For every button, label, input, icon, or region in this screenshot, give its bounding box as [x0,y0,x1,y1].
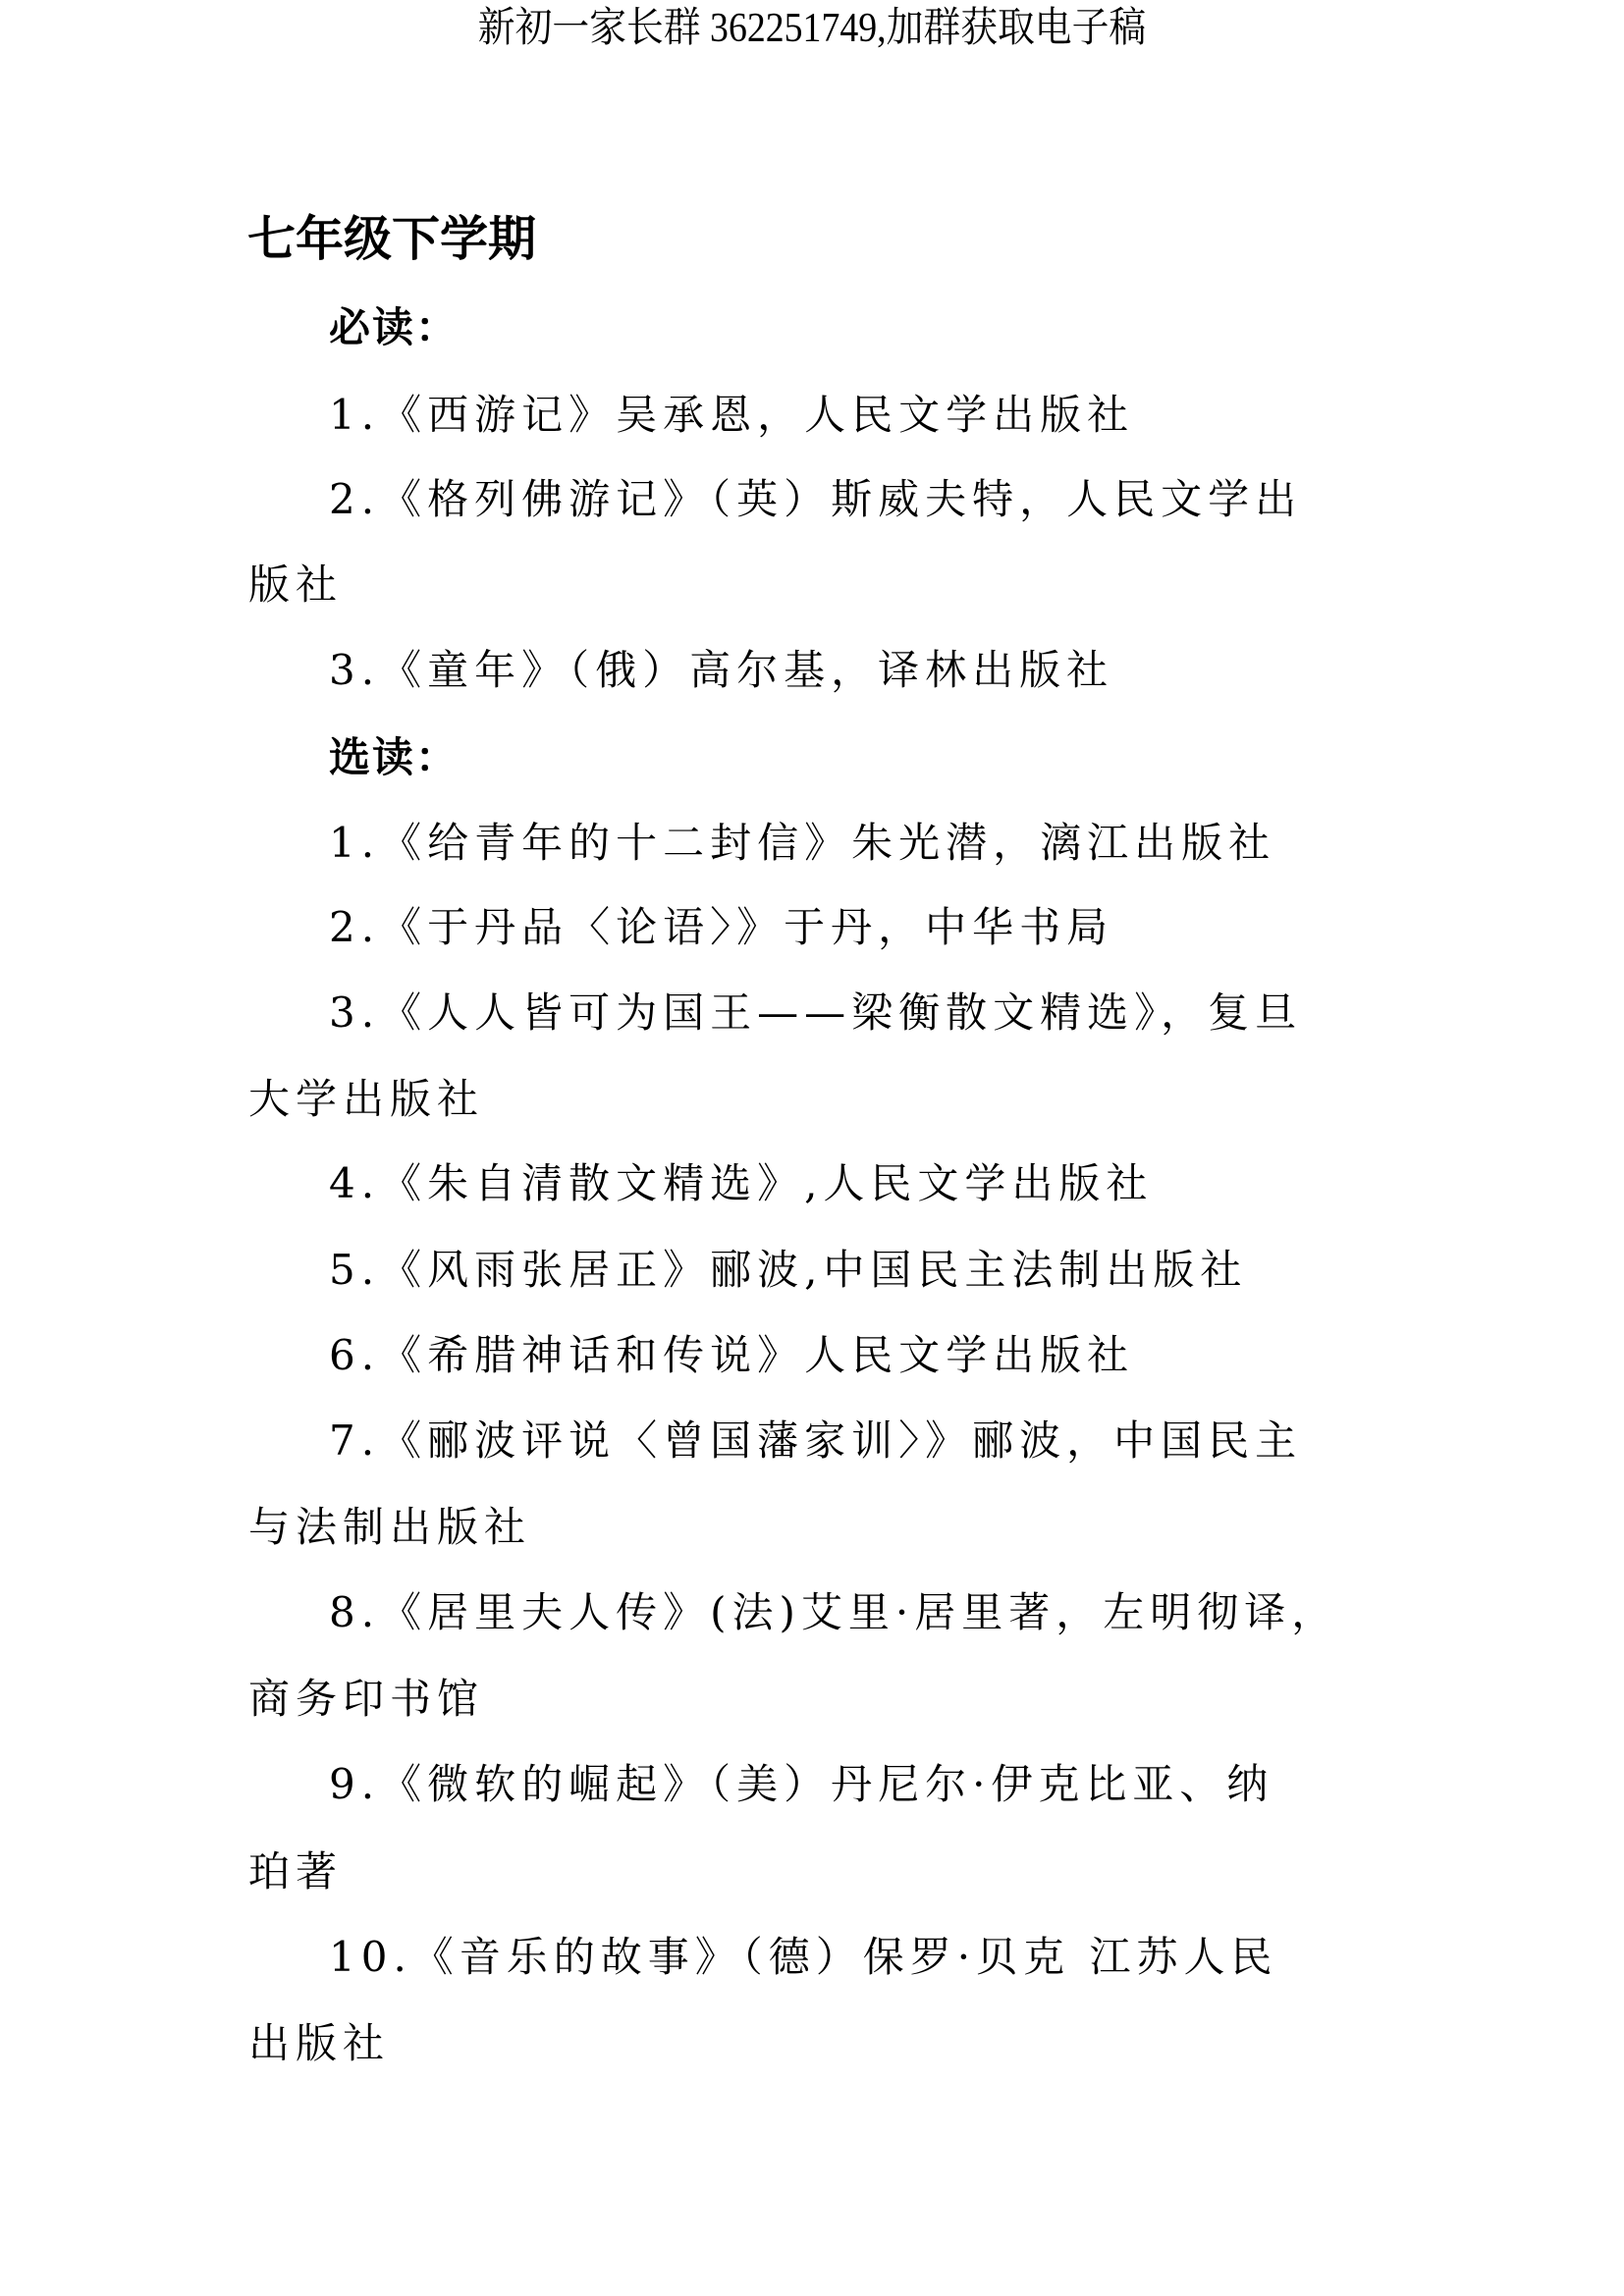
optional-reading-label: 选读： [329,728,459,787]
optional-item-8: 8.《居里夫人传》(法)艾里·居里著，左明彻译， [329,1583,1338,1642]
required-item-2: 2.《格列佛游记》（英）斯威夫特，人民文学出 [329,470,1302,529]
optional-item-10-continued: 出版社 [248,2014,390,2073]
optional-item-6: 6.《希腊神话和传说》人民文学出版社 [329,1326,1134,1385]
optional-item-7: 7.《郦波评说〈曾国藩家训〉》郦波，中国民主 [329,1412,1302,1470]
optional-item-4: 4.《朱自清散文精选》,人民文学出版社 [329,1154,1153,1213]
optional-item-7-continued: 与法制出版社 [248,1498,531,1557]
page-title: 七年级下学期 [247,210,536,269]
required-item-1: 1.《西游记》吴承恩，人民文学出版社 [329,386,1134,445]
optional-item-1: 1.《给青年的十二封信》朱光潜，漓江出版社 [329,814,1275,873]
optional-item-5: 5.《风雨张居正》郦波,中国民主法制出版社 [329,1241,1247,1300]
required-item-2-continued: 版社 [248,556,343,614]
optional-item-9-continued: 珀著 [248,1842,343,1901]
optional-item-3-continued: 大学出版社 [248,1070,484,1129]
optional-item-2: 2.《于丹品〈论语〉》于丹，中华书局 [329,898,1113,957]
header-text: 新初一家长群 362251749,加群获取电子稿 [478,4,1146,53]
optional-item-9: 9.《微软的崛起》（美）丹尼尔·伊克比亚、纳 [329,1755,1273,1814]
optional-item-10: 10.《音乐的故事》（德）保罗·贝克 江苏人民 [329,1928,1278,1987]
page-header-notice: 新初一家长群 362251749,加群获取电子稿 [0,4,1624,53]
optional-item-3: 3.《人人皆可为国王——梁衡散文精选》，复旦 [329,984,1302,1042]
optional-item-8-continued: 商务印书馆 [248,1670,484,1729]
required-reading-label: 必读： [329,298,459,357]
required-item-3: 3.《童年》（俄）高尔基，译林出版社 [329,641,1113,700]
